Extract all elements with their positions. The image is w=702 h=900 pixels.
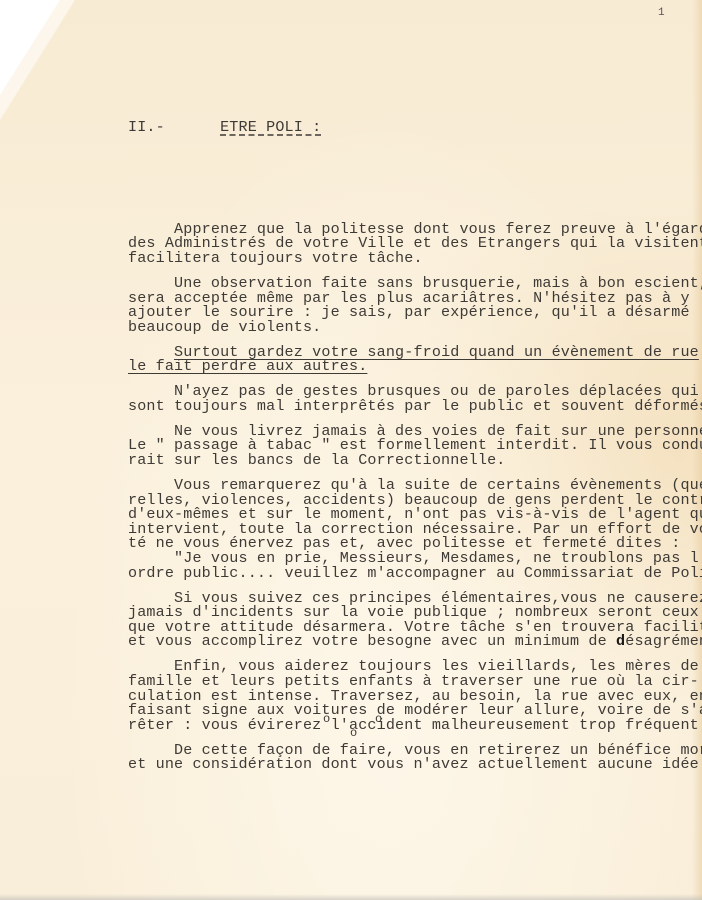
text-line: facilitera toujours votre tâche. [128, 251, 702, 266]
line-text: ordre public.... veuillez m'accompagner … [128, 564, 702, 582]
paragraph: Si vous suivez ces principes élémentaire… [128, 591, 702, 649]
line-text: rêter : vous évirerez l'accident malheur… [128, 716, 702, 734]
line-text: et vous accomplirez votre besogne avec u… [128, 632, 616, 650]
line-text: et une considération dont vous n'avez ac… [128, 755, 702, 773]
text-line: sont toujours mal interprêtés par le pub… [128, 399, 702, 414]
text-line: le fait perdre aux autres. [128, 359, 702, 374]
line-text: rait sur les bancs de la Correctionnelle… [128, 451, 506, 469]
paragraph: De cette façon de faire, vous en retirer… [128, 743, 702, 772]
paragraph: Enfin, vous aiderez toujours les vieilla… [128, 659, 702, 732]
section-number: II.- [128, 118, 165, 136]
page-bottom-edge [0, 894, 702, 900]
line-text: sont toujours mal interprêtés par le pub… [128, 397, 702, 415]
ornament-dot-bottom: o [350, 726, 357, 740]
text-line: et une considération dont vous n'avez ac… [128, 757, 702, 772]
paragraph: N'ayez pas de gestes brusques ou de paro… [128, 384, 702, 413]
line-text: facilitera toujours votre tâche. [128, 249, 423, 267]
text-line: ordre public.... veuillez m'accompagner … [128, 566, 702, 581]
paragraph: Vous remarquerez qu'à la suite de certai… [128, 478, 702, 580]
paragraph: Surtout gardez votre sang-froid quand un… [128, 345, 702, 374]
line-text: le fait perdre aux autres. [128, 357, 367, 375]
ornament-dot-left: o [323, 712, 330, 726]
section-heading: II.- ETRE POLI : [128, 120, 702, 135]
document-page: 1 II.- ETRE POLI : Apprenez que la polit… [0, 0, 702, 900]
document-body: II.- ETRE POLI : Apprenez que la polites… [128, 91, 702, 801]
text-line: et vous accomplirez votre besogne avec u… [128, 634, 702, 649]
ornament-dot-right: o [375, 712, 382, 726]
paragraph: Apprenez que la politesse dont vous fere… [128, 222, 702, 266]
page-mark: 1 [658, 7, 665, 19]
text-line: rait sur les bancs de la Correctionnelle… [128, 453, 702, 468]
paragraph: Une observation faite sans brusquerie, m… [128, 276, 702, 334]
line-text: beaucoup de violents. [128, 318, 321, 336]
text-line: beaucoup de violents. [128, 320, 702, 335]
text-line: rêter : vous évirerez l'accident malheur… [128, 718, 702, 733]
page-corner-cut [0, 0, 60, 95]
paragraph: Ne vous livrez jamais à des voies de fai… [128, 424, 702, 468]
line-text-tail: ésagréments. [625, 632, 702, 650]
section-title: ETRE POLI : [220, 118, 321, 136]
paragraph-list: Apprenez que la politesse dont vous fere… [128, 222, 702, 772]
ink-correction: d [616, 632, 625, 650]
